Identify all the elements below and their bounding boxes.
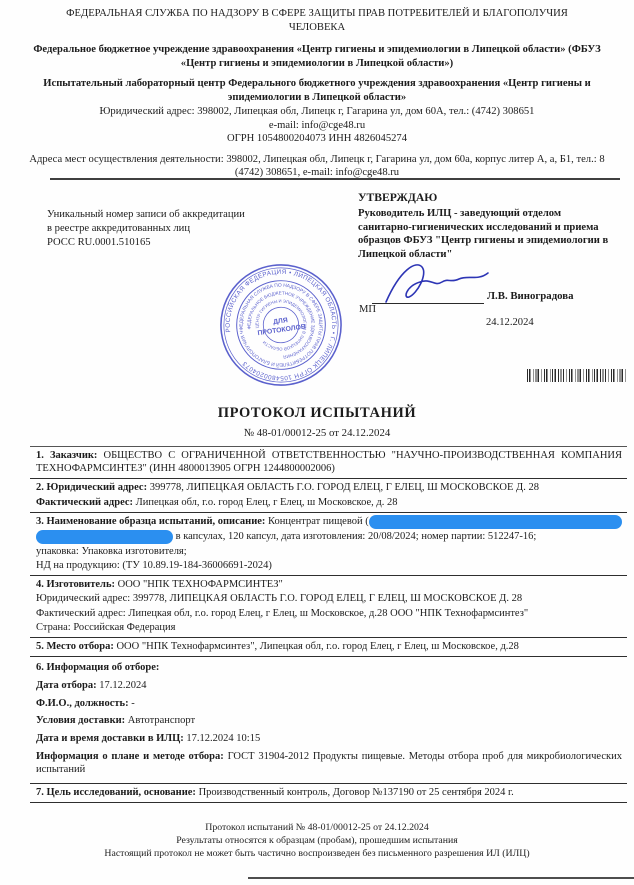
field-value: Автотранспорт (125, 715, 195, 726)
approval-block: УТВЕРЖДАЮ Руководитель ИЛЦ - заведующий … (358, 191, 612, 262)
field-label: 3. Наименование образца испытаний, описа… (36, 515, 265, 528)
legal-address: Юридический адрес: 398002, Липецкая обл,… (0, 105, 634, 119)
field-label: Фактический адрес: (36, 497, 133, 508)
table-paragraph: НД на продукцию: (ТУ 10.89.19-184-360066… (30, 559, 627, 572)
table-paragraph: Фактический адрес: Липецкая обл, г.о. го… (30, 496, 627, 509)
field-label: 4. Изготовитель: (36, 579, 115, 590)
field-value: ООО "НПК ТЕХНОФАРМСИНТЕЗ" (115, 579, 283, 590)
table-paragraph: 4. Изготовитель: ООО "НПК ТЕХНОФАРМСИНТЕ… (30, 578, 627, 591)
barcode (527, 369, 626, 382)
table-paragraph: 6. Информация об отборе: (30, 661, 627, 674)
redaction-box (369, 515, 622, 529)
table-row-7: 7. Цель исследований, основание: Произво… (30, 784, 627, 803)
protocol-number: № 48-01/00012-25 от 24.12.2024 (0, 427, 634, 439)
field-value: НД на продукцию: (ТУ 10.89.19-184-360066… (36, 560, 272, 571)
table-row-3: 3. Наименование образца испытаний, описа… (30, 513, 627, 576)
protocol-table: 1. Заказчик: ОБЩЕСТВО С ОГРАНИЧЕННОЙ ОТВ… (30, 446, 627, 803)
field-value: 17.12.2024 10:15 (184, 733, 260, 744)
field-label: 1. Заказчик: (36, 450, 97, 461)
table-paragraph: 3. Наименование образца испытаний, описа… (30, 515, 627, 529)
header-divider (50, 178, 620, 180)
organization-name: Федеральное бюджетное учреждение здравоо… (21, 43, 613, 70)
footer-copy-note: Настоящий протокол не может быть частичн… (0, 847, 634, 860)
stamp-center-line1: ДЛЯ (273, 317, 289, 326)
lab-center-name: Испытательный лабораторный центр Федерал… (43, 77, 591, 104)
table-paragraph: в капсулах, 120 капсул, дата изготовлени… (30, 530, 627, 544)
field-label: 7. Цель исследований, основание: (36, 787, 196, 798)
ogrn-inn-line: ОГРН 1054800204073 ИНН 4826045274 (0, 132, 634, 146)
table-paragraph: 7. Цель исследований, основание: Произво… (30, 786, 627, 799)
protocol-title-block: ПРОТОКОЛ ИСПЫТАНИЙ № 48-01/00012-25 от 2… (0, 405, 634, 439)
field-value: ООО "НПК Технофармсинтез", Липецкая обл,… (114, 641, 519, 652)
table-paragraph: Страна: Российская Федерация (30, 621, 627, 634)
approval-date: 24.12.2024 (486, 317, 534, 328)
accreditation-line2: в реестре аккредитованных лиц (47, 222, 297, 236)
signature-scribble (380, 258, 495, 306)
approver-position: Руководитель ИЛЦ - заведующий отделом са… (358, 207, 612, 262)
table-paragraph: Фактический адрес: Липецкая обл, г.о. го… (30, 607, 627, 620)
field-value: Производственный контроль, Договор №1371… (196, 787, 514, 798)
table-row-2: 2. Юридический адрес: 399778, ЛИПЕЦКАЯ О… (30, 479, 627, 512)
table-paragraph: Юридический адрес: 399778, ЛИПЕЦКАЯ ОБЛА… (30, 592, 627, 605)
bottom-divider (248, 877, 634, 879)
field-label: Условия доставки: (36, 715, 125, 726)
field-label: Дата и время доставки в ИЛЦ: (36, 733, 184, 744)
signature-line (372, 303, 484, 304)
field-value: в капсулах, 120 капсул, дата изготовлени… (173, 530, 536, 543)
field-value: Юридический адрес: 399778, ЛИПЕЦКАЯ ОБЛА… (36, 593, 522, 604)
table-paragraph: 2. Юридический адрес: 399778, ЛИПЕЦКАЯ О… (30, 481, 627, 494)
protocol-title: ПРОТОКОЛ ИСПЫТАНИЙ (0, 405, 634, 422)
table-row-5: 5. Место отбора: ООО "НПК Технофармсинте… (30, 638, 627, 657)
redaction-box (36, 530, 173, 544)
table-paragraph: 5. Место отбора: ООО "НПК Технофармсинте… (30, 640, 627, 653)
mp-label: МП (359, 304, 376, 315)
field-label: 6. Информация об отборе: (36, 662, 159, 673)
accreditation-number: РОСС RU.0001.510165 (47, 236, 297, 250)
footer-results-note: Результаты относятся к образцам (пробам)… (0, 834, 634, 847)
stamp-center-line2: ПРОТОКОЛОВ (257, 323, 306, 337)
table-row-1: 1. Заказчик: ОБЩЕСТВО С ОГРАНИЧЕННОЙ ОТВ… (30, 447, 627, 479)
field-label: 2. Юридический адрес: (36, 482, 147, 493)
field-value: 17.12.2024 (97, 680, 147, 691)
document-header: ФЕДЕРАЛЬНАЯ СЛУЖБА ПО НАДЗОРУ В СФЕРЕ ЗА… (0, 7, 634, 180)
footer-protocol-ref: Протокол испытаний № 48-01/00012-25 от 2… (0, 821, 634, 834)
table-paragraph: Дата и время доставки в ИЛЦ: 17.12.2024 … (30, 732, 627, 745)
approver-name: Л.В. Виноградова (487, 290, 574, 302)
accreditation-block: Уникальный номер записи об аккредитации … (47, 208, 297, 250)
field-label: 5. Место отбора: (36, 641, 114, 652)
table-paragraph: упаковка: Упаковка изготовителя; (30, 545, 627, 558)
table-row-4: 4. Изготовитель: ООО "НПК ТЕХНОФАРМСИНТЕ… (30, 576, 627, 638)
table-paragraph: Дата отбора: 17.12.2024 (30, 679, 627, 692)
field-value: ОБЩЕСТВО С ОГРАНИЧЕННОЙ ОТВЕТСТВЕННОСТЬЮ… (36, 450, 622, 474)
field-value: Липецкая обл, г.о. город Елец, г Елец, ш… (133, 497, 397, 508)
table-paragraph: Ф.И.О., должность: - (30, 697, 627, 710)
accreditation-line1: Уникальный номер записи об аккредитации (47, 208, 297, 222)
table-paragraph: Условия доставки: Автотранспорт (30, 714, 627, 727)
field-label: Дата отбора: (36, 680, 97, 691)
table-row-6: 6. Информация об отборе:Дата отбора: 17.… (30, 657, 627, 783)
approval-title: УТВЕРЖДАЮ (358, 191, 612, 205)
document-footer: Протокол испытаний № 48-01/00012-25 от 2… (0, 821, 634, 860)
field-value: Концентрат пищевой ( (265, 515, 368, 528)
field-value: Страна: Российская Федерация (36, 622, 175, 633)
round-stamp: РОССИЙСКАЯ ФЕДЕРАЦИЯ • ЛИПЕЦКАЯ ОБЛАСТЬ … (209, 253, 354, 398)
table-paragraph: 1. Заказчик: ОБЩЕСТВО С ОГРАНИЧЕННОЙ ОТВ… (30, 449, 627, 475)
activity-addresses: Адреса мест осуществления деятельности: … (25, 153, 610, 180)
table-paragraph: Информация о плане и методе отбора: ГОСТ… (30, 750, 627, 776)
field-value: Фактический адрес: Липецкая обл, г.о. го… (36, 608, 528, 619)
email-line: e-mail: info@cge48.ru (0, 119, 634, 133)
field-value: - (129, 698, 135, 709)
field-value: 399778, ЛИПЕЦКАЯ ОБЛАСТЬ Г.О. ГОРОД ЕЛЕЦ… (147, 482, 539, 493)
field-value: упаковка: Упаковка изготовителя; (36, 546, 187, 557)
field-label: Ф.И.О., должность: (36, 698, 129, 709)
agency-name: ФЕДЕРАЛЬНАЯ СЛУЖБА ПО НАДЗОРУ В СФЕРЕ ЗА… (43, 7, 591, 34)
protocol-document: ФЕДЕРАЛЬНАЯ СЛУЖБА ПО НАДЗОРУ В СФЕРЕ ЗА… (0, 0, 634, 885)
field-label: Информация о плане и методе отбора: (36, 751, 224, 762)
